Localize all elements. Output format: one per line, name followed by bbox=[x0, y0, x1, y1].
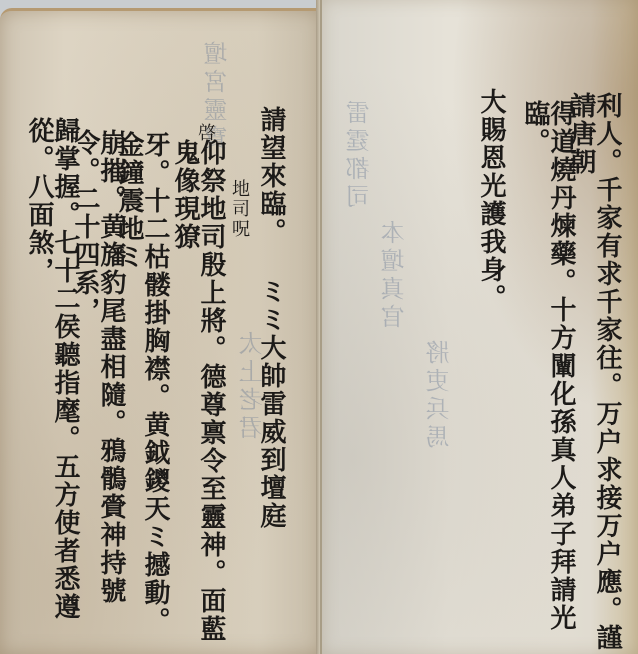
bleed-through-text: 本壇真官 bbox=[377, 220, 412, 332]
bleed-through-text: 將吏兵馬 bbox=[422, 340, 457, 452]
manuscript-column: 歸掌握。七十二侯聽指麾。五方使者悉遵從。八面煞， bbox=[26, 117, 78, 654]
bleed-through-text: 雷霆都司 bbox=[342, 100, 377, 212]
manuscript-column: 請望來臨。 ミミ大帥雷威到壇庭 bbox=[258, 106, 284, 530]
manuscript-column: 大賜恩光護我身。 bbox=[478, 88, 504, 312]
left-page: 壇宮靈寶 太上老君 請望來臨。 ミミ大帥雷威到壇庭 地司呪 啓 仰祭地司殷上將。… bbox=[0, 8, 322, 654]
manuscript-heading: 地司呪 bbox=[230, 179, 248, 239]
manuscript-column: 仰祭地司殷上將。德尊禀令至靈神。面藍鬼像現獠 bbox=[172, 139, 224, 654]
right-page: 雷霆都司 本壇真官 將吏兵馬 利人。千家有求千家往。万户求接万户應。謹請唐朝 得… bbox=[320, 0, 638, 654]
manuscript-column: 得道燒丹煉藥。十方闡化孫真人弟子拜請光臨。 bbox=[522, 100, 574, 654]
